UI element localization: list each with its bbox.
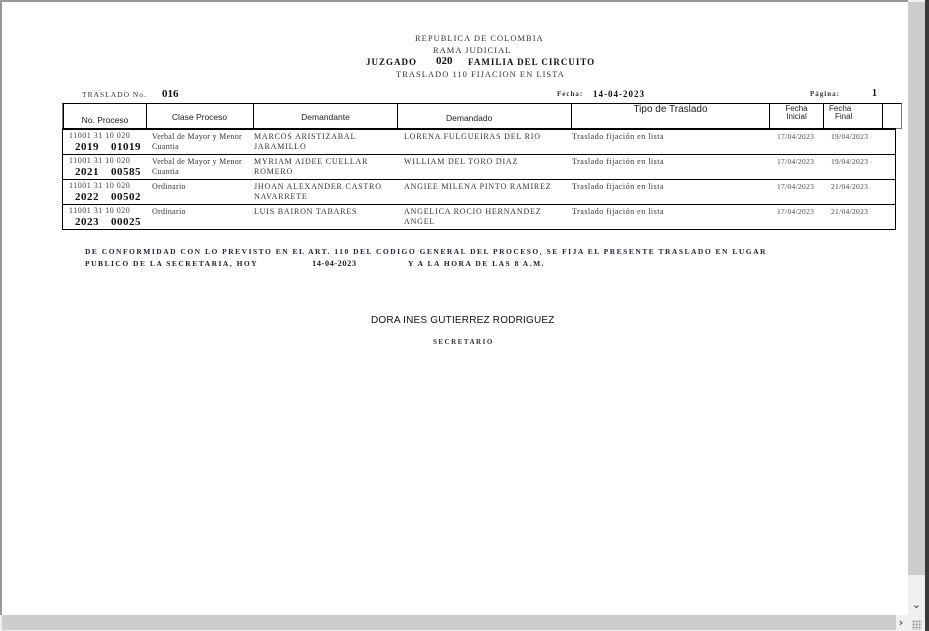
col-demandado-label: Demandado xyxy=(398,104,571,123)
fecha-final: 19/04/2023 xyxy=(831,157,868,167)
col-fecha-final-label-1: Fecha xyxy=(824,104,882,113)
pagina-value: 1 xyxy=(872,88,877,99)
fecha-value: 14-04-2023 xyxy=(593,89,645,99)
table-header: No. Proceso Clase Proceso Demandante Dem… xyxy=(62,103,902,129)
table-row: 11001 31 10 020202100585Verbal de Mayor … xyxy=(63,155,895,180)
demandante-line-2: ROMERO xyxy=(254,167,368,177)
proceso-prefix: 11001 31 10 020 xyxy=(69,131,130,141)
traslado-no-label: TRASLADO No. xyxy=(82,90,147,99)
proceso-year: 2019 xyxy=(75,141,99,153)
demandado: WILLIAM DEL TORO DIAZ xyxy=(404,157,518,167)
demandante: JHOAN ALEXANDER CASTRONAVARRETE xyxy=(254,182,382,202)
demandante-line-1: MYRIAM AIDEE CUELLAR xyxy=(254,157,368,167)
proceso-year: 2021 xyxy=(75,166,99,178)
proceso-prefix: 11001 31 10 020 xyxy=(69,156,130,166)
col-no-proceso: No. Proceso xyxy=(63,104,147,128)
horizontal-scroll-thumb[interactable] xyxy=(2,615,896,630)
demandante: MYRIAM AIDEE CUELLARROMERO xyxy=(254,157,368,177)
clase-line-1: Ordinario xyxy=(152,182,186,192)
table-row: 11001 31 10 020202300025OrdinarioLUIS BA… xyxy=(63,205,895,229)
fecha-inicial: 17/04/2023 xyxy=(777,132,814,142)
col-demandante-label: Demandante xyxy=(254,104,397,122)
proceso-number: 01019 xyxy=(111,141,141,153)
chevron-right-icon[interactable]: › xyxy=(894,615,908,631)
demandante-line-1: JHOAN ALEXANDER CASTRO xyxy=(254,182,382,192)
fecha-inicial: 17/04/2023 xyxy=(777,157,814,167)
fecha-final: 21/04/2023 xyxy=(831,207,868,217)
header-juzgado-number: 020 xyxy=(436,55,453,67)
fecha-label: Fecha: xyxy=(557,90,583,98)
proceso-number: 00502 xyxy=(111,191,141,203)
col-demandado: Demandado xyxy=(398,104,572,128)
proceso-year: 2023 xyxy=(75,216,99,228)
proceso-number: 00025 xyxy=(111,216,141,228)
demandado: ANGELICA ROCIO HERNANDEZANGEL xyxy=(404,207,541,227)
col-fecha-final-label-2: Final xyxy=(824,113,882,121)
col-tipo-traslado: Tipo de Traslado xyxy=(572,104,770,128)
clase-line-2: Cuantia xyxy=(152,142,242,152)
tipo-traslado: Traslado fijación en lista xyxy=(572,157,664,167)
demandado-line-1: ANGIEE MILENA PINTO RAMIREZ xyxy=(404,182,551,192)
demandado: LORENA FULGUEIRAS DEL RIO xyxy=(404,132,541,142)
signature-title: SECRETARIO xyxy=(433,338,494,346)
clase-proceso: Ordinario xyxy=(152,182,186,192)
fecha-final: 19/04/2023 xyxy=(831,132,868,142)
demandante: MARCOS ARISTIZABALJARAMILLO xyxy=(254,132,356,152)
tipo-traslado: Traslado fijación en lista xyxy=(572,207,664,217)
fecha-inicial: 17/04/2023 xyxy=(777,182,814,192)
pagina-label: Página: xyxy=(810,90,840,98)
fecha-final: 21/04/2023 xyxy=(831,182,868,192)
col-fecha-final: Fecha Final xyxy=(824,104,883,128)
clase-line-2: Cuantia xyxy=(152,167,242,177)
vertical-scrollbar[interactable]: ⌄ xyxy=(908,0,925,615)
proceso-prefix: 11001 31 10 020 xyxy=(69,181,130,191)
header-traslado-title: TRASLADO 110 FIJACION EN LISTA xyxy=(396,69,565,79)
table-row: 11001 31 10 020202200502OrdinarioJHOAN A… xyxy=(63,180,895,205)
clase-proceso: Verbal de Mayor y MenorCuantia xyxy=(152,132,242,152)
col-no-proceso-label: No. Proceso xyxy=(64,104,146,125)
traslado-no-value: 016 xyxy=(162,88,179,100)
header-rama-judicial: RAMA JUDICIAL xyxy=(433,45,511,55)
notice-date: 14-04-2023 xyxy=(312,258,357,268)
notice-line-2-b: Y A LA HORA DE LAS 8 A.M. xyxy=(408,259,545,268)
proceso-year: 2022 xyxy=(75,191,99,203)
demandado-line-1: LORENA FULGUEIRAS DEL RIO xyxy=(404,132,541,142)
demandado: ANGIEE MILENA PINTO RAMIREZ xyxy=(404,182,551,192)
col-demandante: Demandante xyxy=(254,104,398,128)
notice-line-2-a: PUBLICO DE LA SECRETARIA, HOY xyxy=(85,259,258,268)
demandante: LUIS BAIRON TABARES xyxy=(254,207,357,217)
traslados-table: 11001 31 10 020201901019Verbal de Mayor … xyxy=(62,128,896,230)
fecha-inicial: 17/04/2023 xyxy=(777,207,814,217)
signature-name: DORA INES GUTIERREZ RODRIGUEZ xyxy=(371,315,555,326)
clase-line-1: Ordinario xyxy=(152,207,186,217)
demandante-line-2: JARAMILLO xyxy=(254,142,356,152)
col-clase-proceso: Clase Proceso xyxy=(146,104,254,128)
demandado-line-1: ANGELICA ROCIO HERNANDEZ xyxy=(404,207,541,217)
col-clase-proceso-label: Clase Proceso xyxy=(146,104,253,122)
notice-line-1: DE CONFORMIDAD CON LO PREVISTO EN EL ART… xyxy=(85,247,767,256)
clase-line-1: Verbal de Mayor y Menor xyxy=(152,132,242,142)
resize-grip-icon[interactable] xyxy=(912,620,922,630)
header-juzgado-name: FAMILIA DEL CIRCUITO xyxy=(468,57,595,67)
col-tipo-traslado-label: Tipo de Traslado xyxy=(572,104,769,115)
clase-proceso: Ordinario xyxy=(152,207,186,217)
vertical-scroll-thumb[interactable] xyxy=(908,2,925,575)
clase-line-1: Verbal de Mayor y Menor xyxy=(152,157,242,167)
tipo-traslado: Traslado fijación en lista xyxy=(572,132,664,142)
demandante-line-1: MARCOS ARISTIZABAL xyxy=(254,132,356,142)
horizontal-scrollbar[interactable]: › xyxy=(0,615,925,631)
proceso-number: 00585 xyxy=(111,166,141,178)
col-fecha-inicial-label-2: Inicial xyxy=(770,113,823,121)
tipo-traslado: Traslado fijación en lista xyxy=(572,182,664,192)
chevron-down-icon[interactable]: ⌄ xyxy=(908,597,925,613)
proceso-prefix: 11001 31 10 020 xyxy=(69,206,130,216)
col-fecha-inicial: Fecha Inicial xyxy=(770,104,824,128)
clase-proceso: Verbal de Mayor y MenorCuantia xyxy=(152,157,242,177)
demandado-line-1: WILLIAM DEL TORO DIAZ xyxy=(404,157,518,167)
document-page: REPUBLICA DE COLOMBIA RAMA JUDICIAL JUZG… xyxy=(2,2,908,614)
demandante-line-2: NAVARRETE xyxy=(254,192,382,202)
viewer-frame-right xyxy=(925,0,929,631)
header-republica: REPUBLICA DE COLOMBIA xyxy=(415,33,544,43)
demandante-line-1: LUIS BAIRON TABARES xyxy=(254,207,357,217)
header-juzgado-label: JUZGADO xyxy=(366,57,417,67)
demandado-line-2: ANGEL xyxy=(404,217,541,227)
table-row: 11001 31 10 020201901019Verbal de Mayor … xyxy=(63,130,895,155)
